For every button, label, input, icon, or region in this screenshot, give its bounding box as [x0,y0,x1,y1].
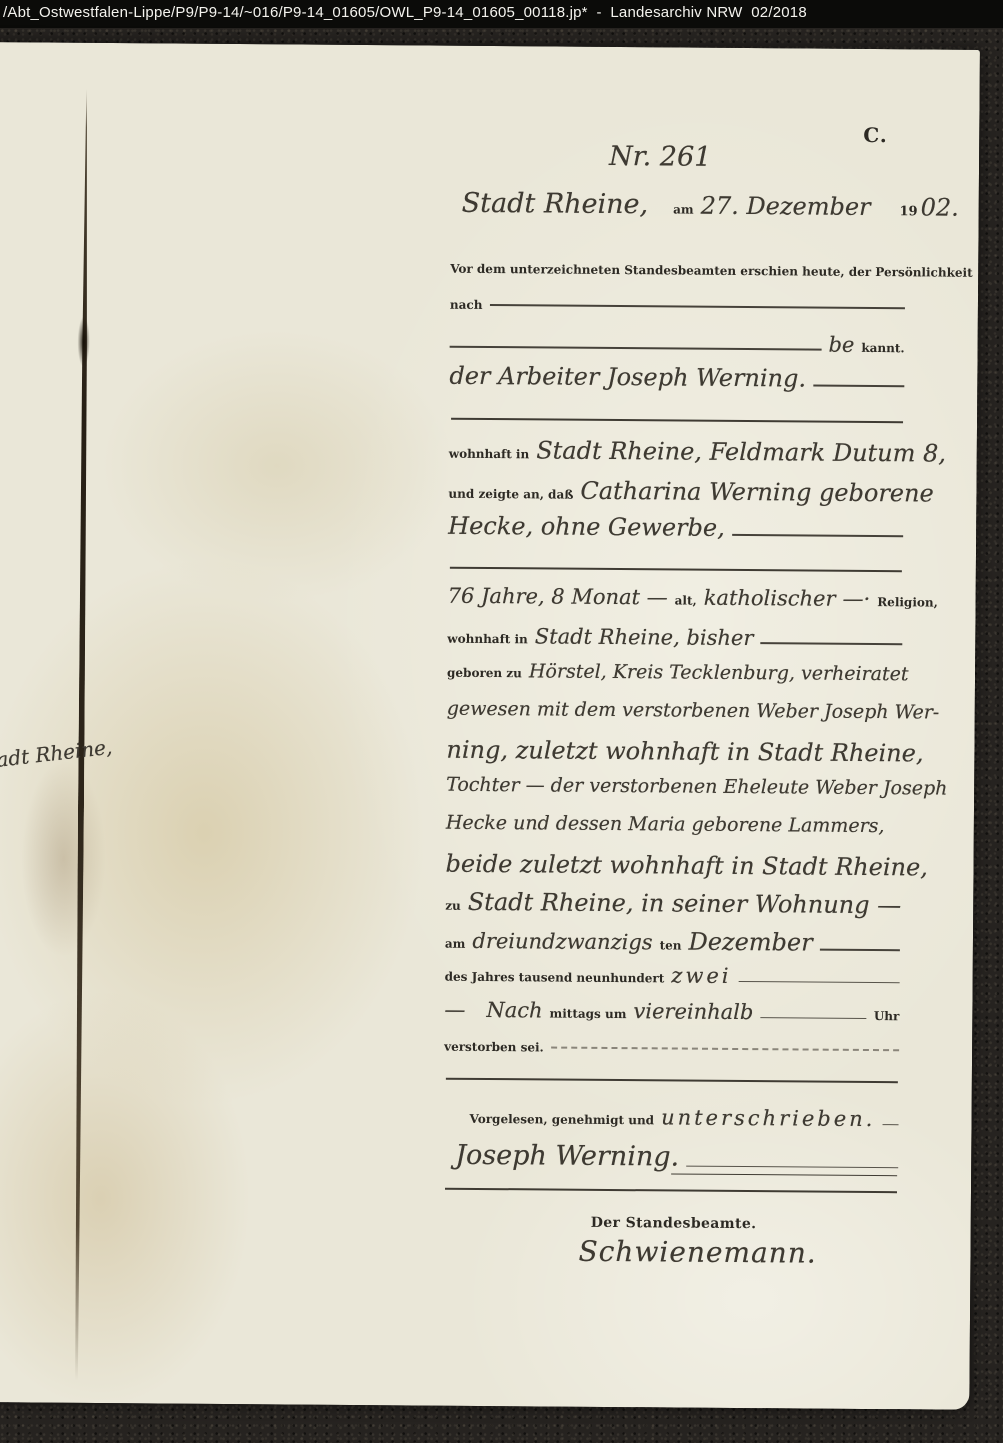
place-date-line: Stadt Rheine, am 27. Dezember 19 02. [462,188,917,223]
window-title: /Abt_Ostwestfalen-Lippe/P9/P9-14/~016/P9… [0,0,1003,28]
place-hand: Stadt Rheine, [462,188,649,220]
declarant-line: der Arbeiter Joseph Werning. [449,362,904,394]
body-line: Hecke und dessen Maria geborene Lammers, [446,812,901,838]
uhr-printed: Uhr [874,1009,900,1023]
body-text: Tochter — der verstorbenen Eheleute Webe… [446,774,947,800]
ten-printed: ten [660,938,682,952]
body-line: beide zuletzt wohnhaft in Stadt Rheine, [445,850,900,882]
signature-line: Joseph Werning. [443,1140,898,1175]
scanned-document-page: C. Nr. 261 Stadt Rheine, Stadt Rheine, a… [0,42,980,1410]
residence-hand: Stadt Rheine, Feldmark Dutum 8, [536,436,946,467]
body-line: Tochter — der verstorbenen Eheleute Webe… [446,774,901,800]
year-printed: 19 [899,204,917,219]
blank-rule [686,1142,898,1169]
bekannt-line: be kannt. [450,330,905,358]
scan-viewer: { "window": { "title": "/Abt_Ostwestfale… [0,0,1003,1443]
leading-dash: — [444,998,465,1022]
section-rule [445,1188,897,1194]
notice-line: und zeigte an, daß Catharina Werning geb… [448,476,903,508]
body-text: beide zuletzt wohnhaft in Stadt Rheine, [445,850,928,882]
age-religion-line: 76 Jahre, 8 Monat — alt, katholischer —·… [448,584,903,612]
kannt-printed: kannt. [861,341,904,355]
mittags-printed: mittags um [550,1007,627,1022]
declarant-name: der Arbeiter Joseph Werning. [449,362,806,393]
nach-hand: Nach [486,998,542,1022]
death-day-hand: dreiundzwanzigs [472,929,652,954]
nach-line: nach [450,298,905,316]
deceased-name-hand: Catharina Werning geborene [580,477,934,508]
zeigte-an-printed: und zeigte an, daß [448,487,573,502]
am-printed-2: am [445,937,466,951]
death-date-line: am dreiundzwanzigs ten Dezember [445,926,900,958]
religion-printed: Religion, [877,595,938,609]
body-text: ning, zuletzt wohnhaft in Stadt Rheine, [446,736,923,768]
official-signature: Schwienemann. [578,1235,816,1270]
residence-line-2: wohnhaft in Stadt Rheine, bisher [447,624,902,652]
maiden-name-hand: Hecke, ohne Gewerbe, [448,512,725,542]
blank-rule [760,1000,867,1019]
blank-rule [820,929,900,952]
verstorben-printed: verstorben sei. [444,1040,544,1055]
death-month-hand: Dezember [688,928,812,957]
closing-line-2: Vorgelesen, genehmigt und unterschrieben… [443,1104,898,1132]
body-line: ning, zuletzt wohnhaft in Stadt Rheine, [446,736,901,768]
notice-line-2: Hecke, ohne Gewerbe, [448,512,903,544]
filler-dash: —· [842,587,870,611]
birthplace-hand: Hörstel, Kreis Tecklenburg, verheiratet [529,660,909,685]
closing-line-1: verstorben sei. [444,1040,899,1058]
be-hand: be [828,333,854,357]
blank-rule [738,964,899,983]
time-hand: viereinhalb [633,999,753,1024]
born-line: geboren zu Hörstel, Kreis Tecklenburg, v… [447,660,902,686]
religion-hand: katholischer [704,586,836,611]
blank-rule [882,1107,898,1125]
vorgelesen-printed: Vorgelesen, genehmigt und [470,1112,655,1127]
book-fold-crease-bulge [77,317,89,367]
declarant-signature: Joseph Werning. [455,1140,679,1173]
blank-rule [732,514,904,537]
dashed-rule [551,1041,899,1052]
body-text: gewesen mit dem verstorbenen Weber Josep… [447,698,940,724]
record-number: Nr. 261 [609,141,712,173]
book-fold-crease [73,89,89,1381]
jahres-printed: des Jahres tausend neunhundert [445,970,665,986]
intro-printed-line: Vor dem unterzeichneten Standesbeamten e… [450,262,905,280]
blank-rule [450,330,822,351]
nach-printed: nach [450,298,483,312]
age-hand: 76 Jahre, 8 Monat — [448,584,668,610]
death-place-line: zu Stadt Rheine, in seiner Wohnung — [445,888,900,920]
blank-rule [489,298,905,309]
date-hand: 27. Dezember [701,192,871,221]
zu-printed: zu [445,899,461,913]
unterschrieben-hand: unterschrieben. [661,1105,875,1131]
body-line: gewesen mit dem verstorbenen Weber Josep… [447,698,902,724]
death-year-hand: zwei [671,963,731,987]
residence-line: wohnhaft in Stadt Rheine, Feldmark Dutum… [449,436,904,468]
blank-rule [760,626,902,645]
death-year-line: des Jahres tausend neunhundert zwei [445,962,900,990]
margin-note: Stadt Rheine, [0,735,113,775]
year-hand: 02. [921,193,959,221]
corner-mark: C. [863,123,888,147]
wohnhaft-printed: wohnhaft in [449,447,530,462]
body-text: Hecke und dessen Maria geborene Lammers, [446,812,885,837]
am-printed: am [673,202,694,216]
section-rule [450,567,902,573]
residence-hand-2: Stadt Rheine, bisher [535,624,754,650]
blank-rule [813,365,904,388]
death-place-hand: Stadt Rheine, in seiner Wohnung — [468,888,902,919]
wohnhaft-printed-2: wohnhaft in [447,632,528,647]
death-time-line: — Nach mittags um viereinhalb Uhr [444,998,899,1026]
standesbeamte-label: Der Standesbeamte. [591,1215,757,1232]
alt-printed: alt, [675,593,697,607]
section-rule [446,1078,898,1084]
section-rule [451,418,903,424]
geboren-zu-printed: geboren zu [447,666,522,681]
